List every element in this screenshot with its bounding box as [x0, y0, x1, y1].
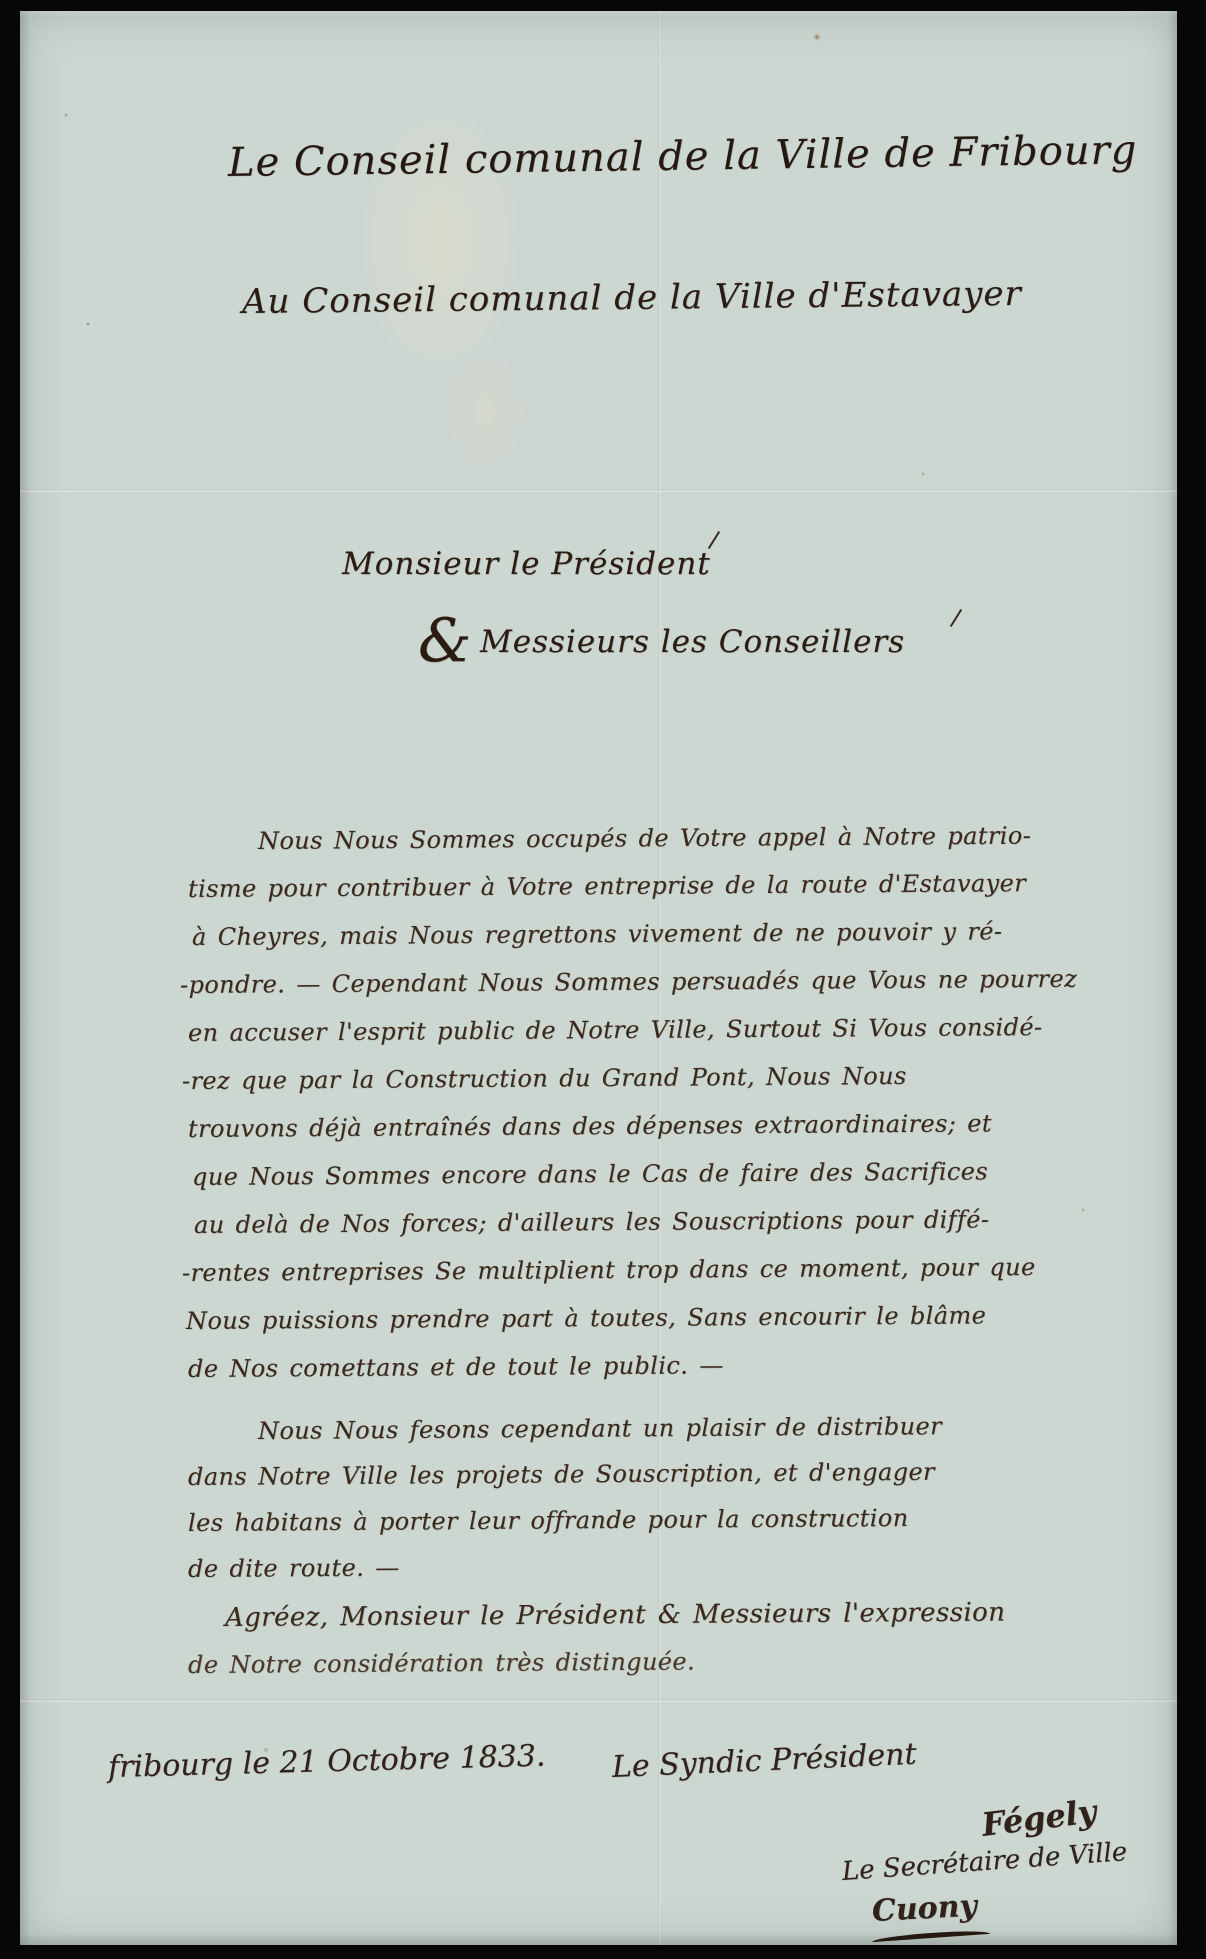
body-line: de Notre considération très distinguée.: [188, 1649, 695, 1677]
header-recipient-line: Au Conseil comunal de la Ville d'Estavay…: [242, 277, 1022, 319]
body-line: Nous Nous Sommes occupés de Votre appel …: [258, 824, 1031, 853]
body-line: Nous Nous fesons cependant un plaisir de…: [258, 1414, 942, 1443]
body-line: Agréez, Monsieur le Président & Messieur…: [225, 1600, 1006, 1631]
body-line: à Cheyres, mais Nous regrettons vivement…: [192, 919, 1003, 949]
fold-crease-top: [20, 489, 1177, 493]
body-line: que Nous Sommes encore dans le Cas de fa…: [192, 1159, 988, 1189]
header-sender-line: Le Conseil comunal de la Ville de Fribou…: [228, 130, 1138, 183]
secretary-signature: Cuony: [871, 1892, 977, 1927]
pen-flourish-mark: [950, 609, 962, 627]
body-line: -rentes entreprises Se multiplient trop …: [182, 1255, 1036, 1285]
secretary-title: Le Secrétaire de Ville: [841, 1839, 1128, 1885]
body-line: les habitans à porter leur offrande pour…: [188, 1506, 909, 1535]
body-line: de dite route. —: [188, 1556, 400, 1581]
syndic-signature: Fégely: [980, 1795, 1098, 1841]
dateline: fribourg le 21 Octobre 1833.: [108, 1742, 546, 1783]
body-line: au delà de Nos forces; d'ailleurs les So…: [194, 1207, 989, 1237]
salutation-line-conseillers: Messieurs les Conseillers: [480, 627, 905, 658]
body-line: -pondre. — Cependant Nous Sommes persuad…: [180, 967, 1077, 997]
body-line: dans Notre Ville les projets de Souscrip…: [188, 1460, 935, 1489]
salutation-ampersand: &: [418, 611, 471, 671]
letter-page: Le Conseil comunal de la Ville de Fribou…: [20, 11, 1177, 1945]
body-line: -rez que par la Construction du Grand Po…: [182, 1064, 907, 1093]
body-line: Nous puissions prendre part à toutes, Sa…: [186, 1303, 986, 1333]
signature-underline-flourish: [872, 1929, 990, 1942]
body-line: tisme pour contribuer à Votre entreprise…: [188, 871, 1026, 901]
fold-crease-bottom: [20, 1699, 1177, 1703]
pen-flourish-mark: [708, 531, 720, 549]
body-line: de Nos comettans et de tout le public. —: [188, 1353, 724, 1381]
salutation-line-president: Monsieur le Président: [342, 549, 711, 580]
body-line: en accuser l'esprit public de Notre Vill…: [188, 1015, 1043, 1045]
body-line: trouvons déjà entraînés dans des dépense…: [188, 1111, 992, 1141]
